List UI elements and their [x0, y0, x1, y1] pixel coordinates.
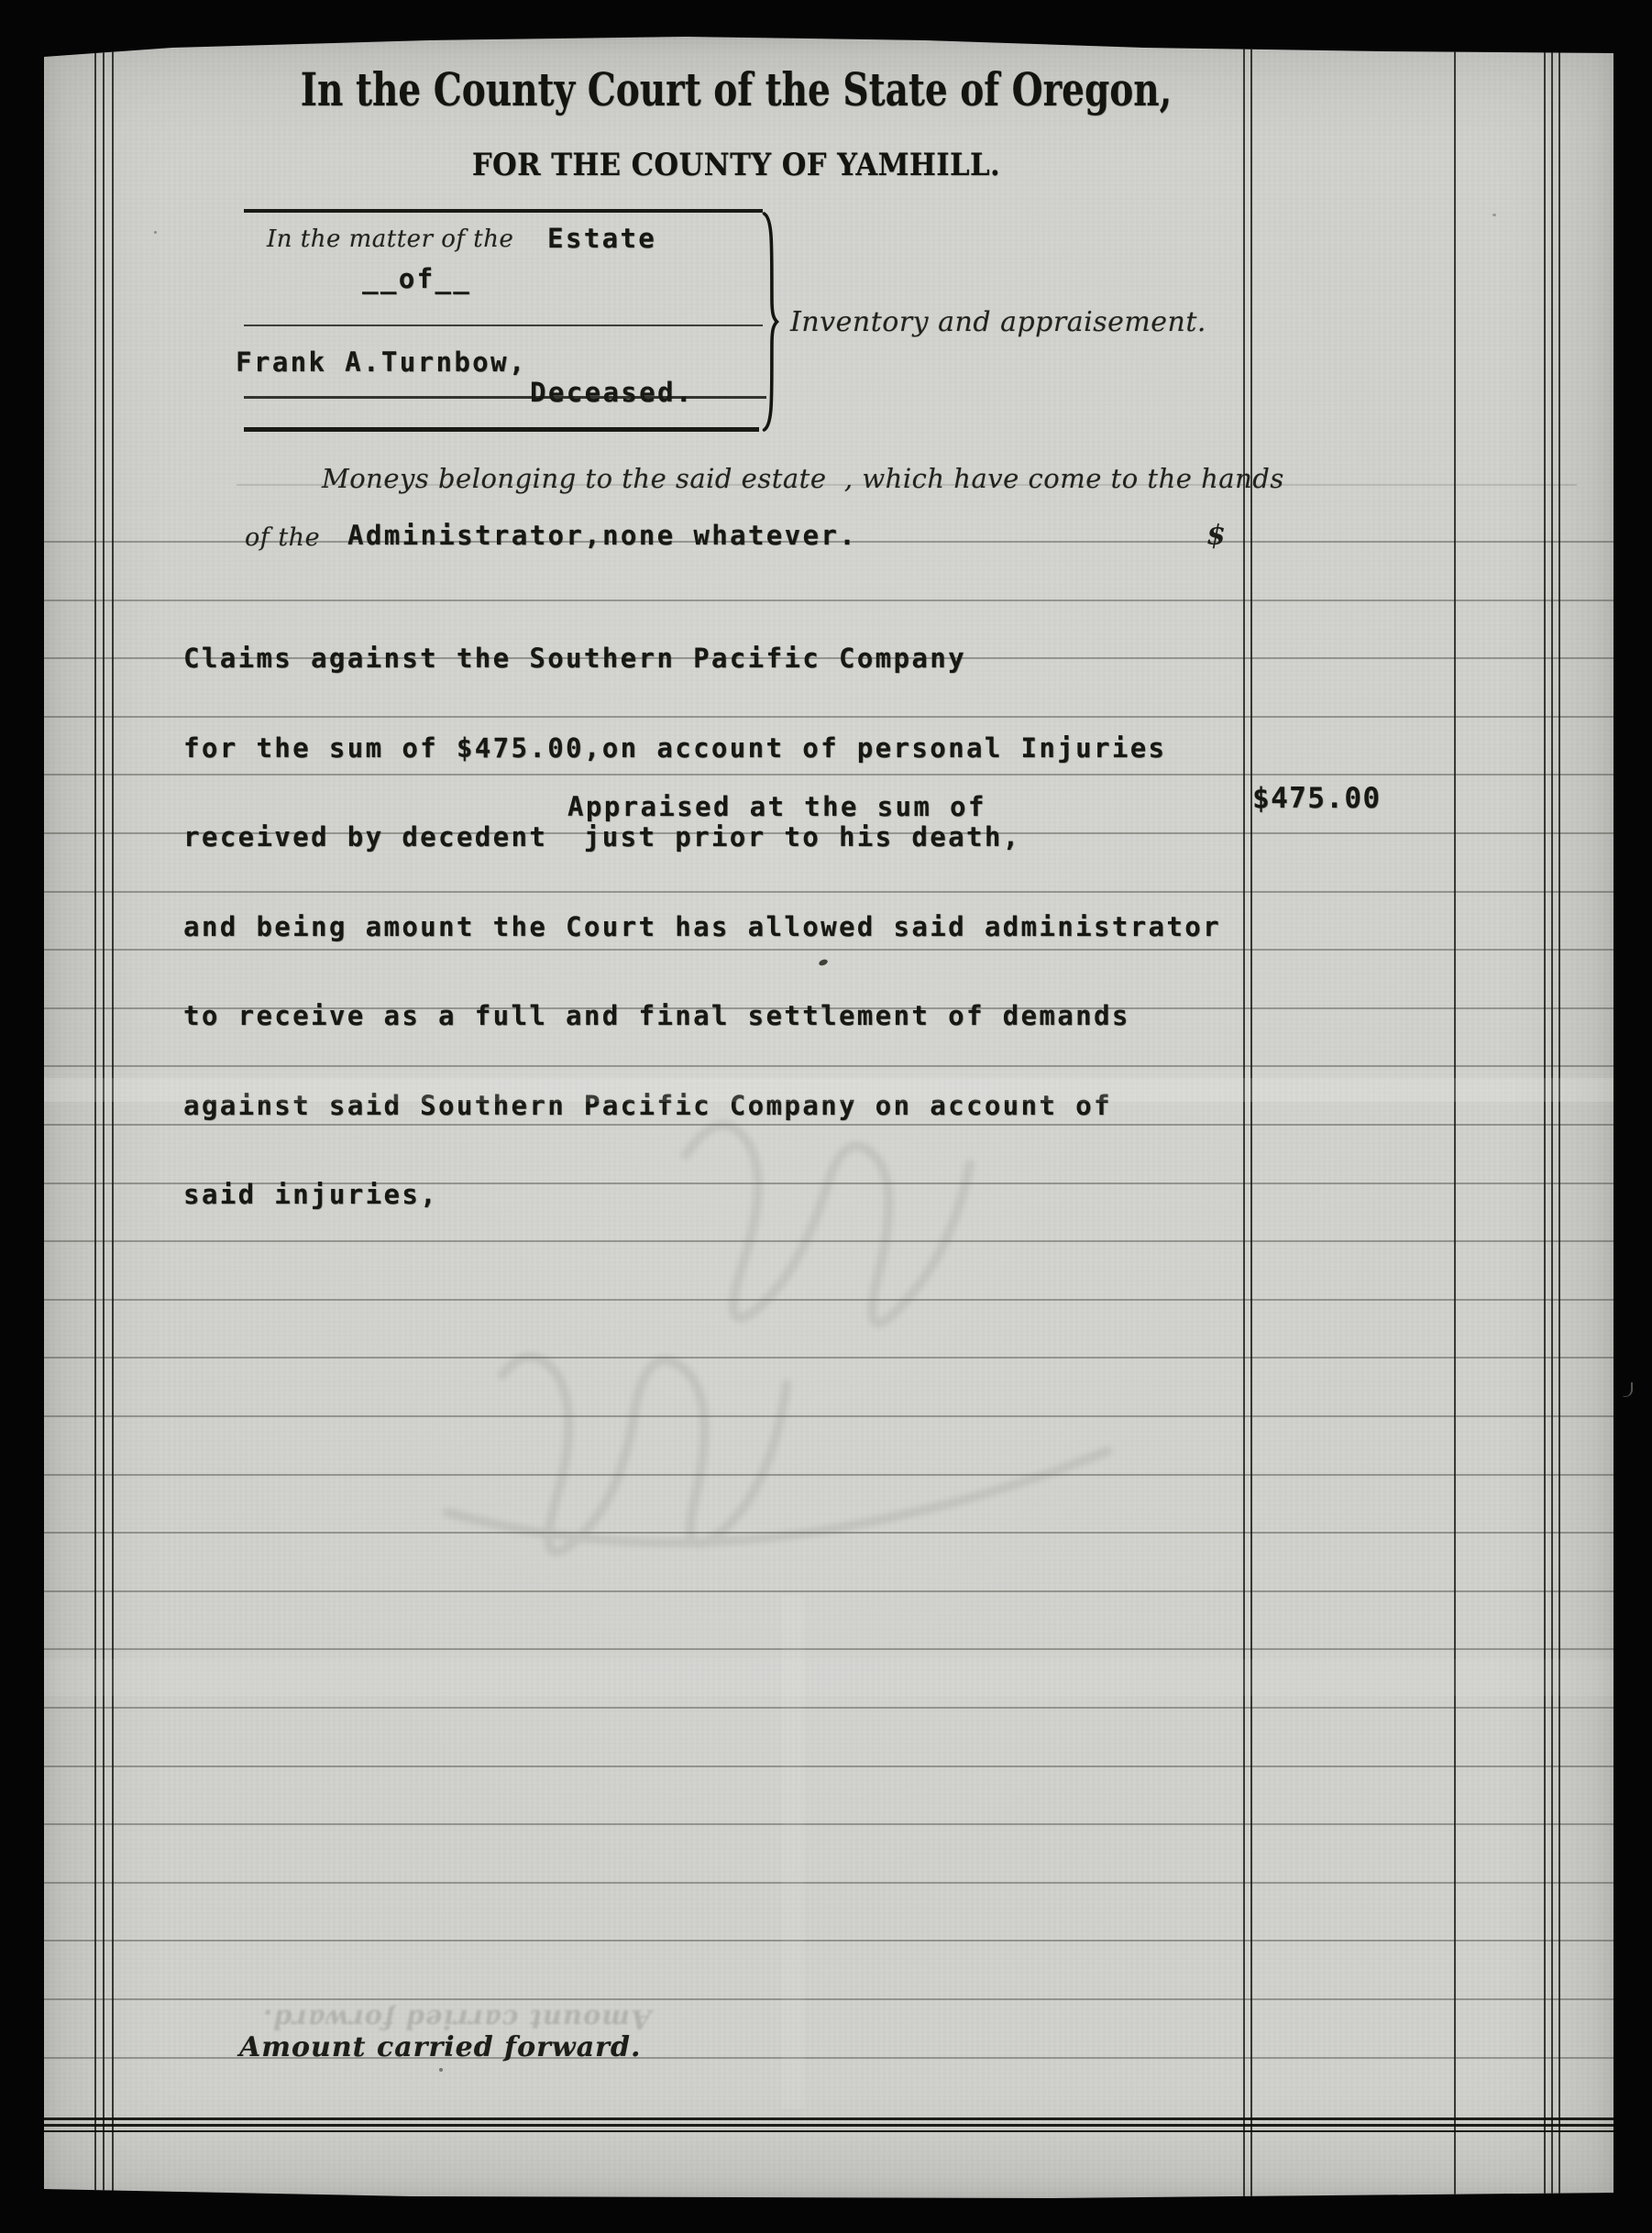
page-subtitle: FOR THE COUNTY OF YAMHILL. [136, 147, 1337, 183]
ink-speck-3 [154, 231, 157, 234]
administrator-typed: Administrator,none whatever. [347, 520, 857, 551]
claim-line-3: received by decedent just prior to his d… [183, 822, 1221, 852]
appraised-amount: $475.00 [1252, 782, 1381, 815]
ledger-page: In the County Court of the State of Oreg… [44, 37, 1613, 2198]
claim-line-2: for the sum of $475.00,on account of per… [183, 733, 1221, 764]
right-margin-rule-2 [1551, 37, 1553, 2198]
right-margin-rule-3 [1558, 37, 1560, 2198]
ruled-line [44, 1765, 1613, 1767]
scanned-document-screenshot: { "header": { "court_title": "In the Cou… [0, 0, 1652, 2233]
footer-heavy-rule-3 [44, 2130, 1613, 2132]
claim-line-4: and being amount the Court has allowed s… [183, 912, 1221, 942]
left-margin-rule-1 [94, 37, 96, 2198]
carried-forward-label: Amount carried forward. [239, 2031, 641, 2063]
deceased-typed: Deceased. [530, 377, 694, 408]
ruled-line [44, 1707, 1613, 1709]
ruled-line [44, 1823, 1613, 1825]
footer-heavy-rule-1 [44, 2117, 1613, 2120]
of-the-label: of the [245, 523, 320, 552]
ruled-line [44, 1882, 1613, 1884]
dollar-sign: $ [1206, 520, 1226, 552]
footer-heavy-rule-2 [44, 2124, 1613, 2127]
show-through-marks [392, 1082, 1217, 1632]
caption-blank-rule-2 [244, 396, 766, 399]
cents-column-rule [1454, 37, 1456, 2198]
county-subtitle-text: FOR THE COUNTY OF YAMHILL. [196, 147, 1277, 183]
page-title: In the County Court of the State of Oreg… [136, 62, 1337, 116]
ruled-line [44, 1648, 1613, 1650]
left-margin-rule-3 [112, 37, 114, 2198]
court-title-text: In the County Court of the State of Oreg… [268, 62, 1205, 116]
caption-brace-icon [761, 211, 779, 433]
scan-light-band [44, 1078, 1613, 1102]
claim-line-1: Claims against the Southern Pacific Comp… [183, 643, 1221, 674]
caption-rule-top [244, 209, 763, 213]
scan-vertical-streak [782, 1595, 804, 2108]
claim-line-5: to receive as a full and final settlemen… [183, 1001, 1221, 1031]
caption-blank-rule-1 [244, 324, 763, 326]
ruled-line [44, 1998, 1613, 2000]
scan-artifact-mark [1623, 1382, 1633, 1397]
appraised-label: Appraised at the sum of [567, 791, 986, 822]
ruled-line [44, 1940, 1613, 1941]
estate-typed-text: Estate [547, 223, 656, 254]
ink-speck-4 [1492, 214, 1496, 216]
caption-lead-in: In the matter of the [267, 225, 513, 253]
ink-speck-2 [439, 2068, 443, 2072]
bracket-label: Inventory and appraisement. [790, 306, 1206, 338]
right-margin-rule-1 [1544, 37, 1546, 2198]
left-margin-rule-2 [103, 37, 105, 2198]
scan-light-band-2 [44, 1659, 1613, 1696]
decedent-name-typed: Frank A.Turnbow, [236, 346, 527, 378]
moneys-clause: Moneys belonging to the said estate , wh… [322, 463, 1284, 494]
ghost-offset-text: Amount carried forward. [262, 2004, 652, 2035]
amount-column-rule-2 [1250, 37, 1252, 2198]
amount-column-rule-1 [1243, 37, 1245, 2198]
caption-rule-bottom [244, 427, 759, 432]
of-typed-text: __of__ [362, 263, 471, 294]
